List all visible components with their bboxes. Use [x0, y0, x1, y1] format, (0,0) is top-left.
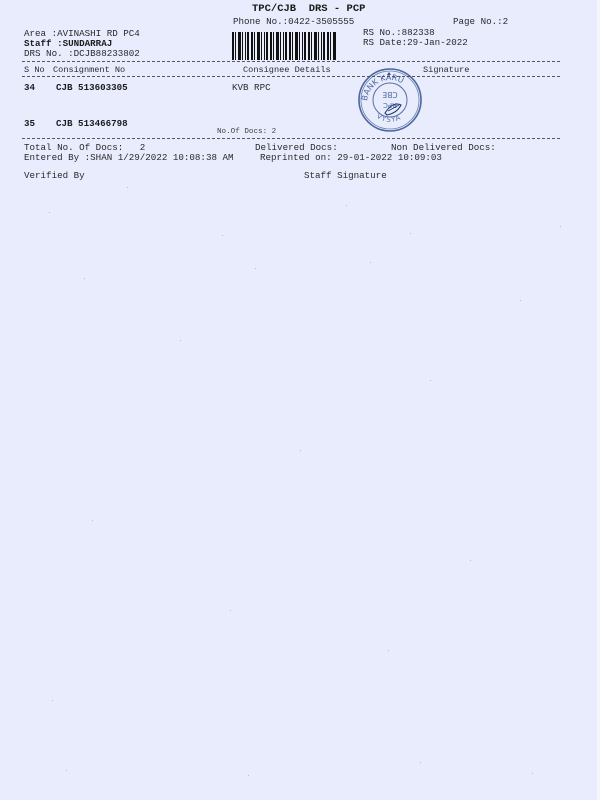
row-consignment-no: CJB 513466798 — [56, 119, 128, 129]
bank-seal-icon: BANK KARU VYSYA CBE RPC — [357, 67, 423, 133]
column-header-consignee: Consignee Details — [243, 65, 331, 75]
divider — [22, 138, 560, 139]
rs-date: RS Date:29-Jan-2022 — [363, 38, 468, 48]
document-page: TPC/CJB DRS - PCP Phone No.:0422-3505555… — [0, 0, 597, 800]
column-header-consignment: Consignment No — [53, 65, 125, 75]
drs-number: DRS No. :DCJB88233802 — [24, 49, 140, 59]
row-sno: 35 — [24, 119, 35, 129]
staff-signature-label: Staff Signature — [304, 171, 387, 181]
row-consignment-no: CJB 513603305 — [56, 83, 128, 93]
row-consignee: KVB RPC — [232, 83, 271, 93]
column-header-signature: Signature — [423, 65, 469, 75]
entered-by: Entered By :SHAN 1/29/2022 10:08:38 AM — [24, 153, 234, 163]
document-title: TPC/CJB DRS - PCP — [252, 4, 365, 14]
verified-by-label: Verified By — [24, 171, 85, 181]
svg-text:CBE: CBE — [382, 90, 397, 99]
divider — [22, 76, 560, 77]
phone-number: Phone No.:0422-3505555 — [233, 17, 354, 27]
docs-count-note: No.Of Docs: 2 — [217, 127, 276, 137]
column-header-sno: S No — [24, 65, 45, 75]
barcode-icon — [232, 32, 336, 60]
row-sno: 34 — [24, 83, 35, 93]
reprinted-on: Reprinted on: 29-01-2022 10:09:03 — [260, 153, 442, 163]
divider — [22, 61, 560, 62]
svg-text:VYSYA: VYSYA — [375, 112, 403, 124]
page-number: Page No.:2 — [453, 17, 508, 27]
